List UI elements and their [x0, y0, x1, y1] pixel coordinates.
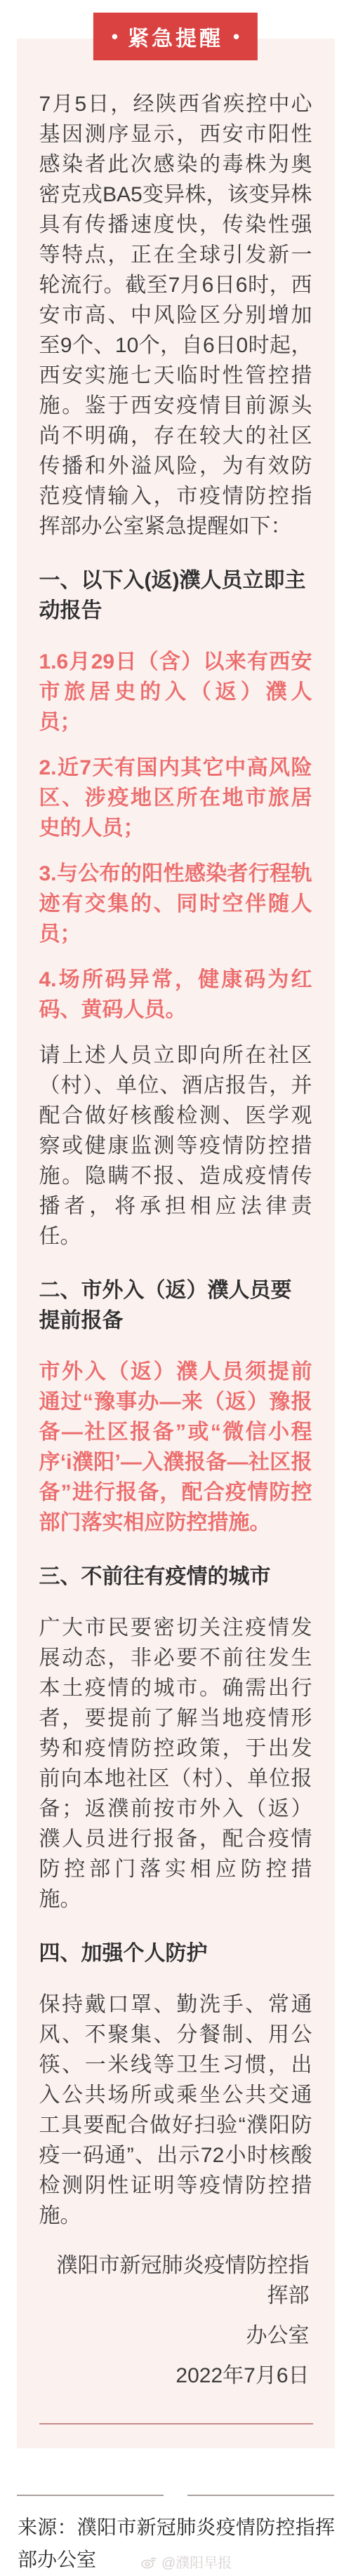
section-4-heading: 四、加强个人防护	[39, 1938, 312, 1968]
section-1-paragraph: 请上述人员立即向所在社区（村）、单位、酒店报告，并配合做好核酸检测、医学观察或健…	[39, 1040, 312, 1252]
weibo-icon	[140, 2555, 157, 2569]
report-item-4: 4.场所码异常，健康码为红码、黄码人员。	[39, 965, 312, 1025]
section-1-heading: 一、以下入(返)濮人员立即主动报告	[39, 565, 312, 626]
section-3-heading: 三、不前往有疫情的城市	[39, 1562, 312, 1592]
signature-office-line: 办公室	[39, 2321, 310, 2351]
section-2-heading: 二、市外入（返）濮人员要提前报备	[39, 1275, 312, 1336]
section-2-paragraph: 市外入（返）濮人员须提前通过“豫事办—来（返）豫报备—社区报备”或“微信小程序‘…	[39, 1357, 312, 1538]
badge-dot-left-icon: •	[112, 26, 118, 48]
urgent-badge: • 紧急提醒 •	[93, 13, 258, 60]
section-3-paragraph: 广大市民要密切关注疫情发展动态，非必要不前往发生本土疫情的城市。确需出行者，要提…	[39, 1613, 312, 1914]
notice-page: • 紧急提醒 • 7月5日，经陕西省疾控中心基因测序显示，西安市阳性感染者此次感…	[0, 0, 351, 2576]
section-4-paragraph: 保持戴口罩、勤洗手、常通风、不聚集、分餐制、用公筷、一米线等卫生习惯，出入公共场…	[39, 1990, 312, 2231]
footer-divider-left	[17, 2495, 164, 2496]
signature-date-line: 2022年7月6日	[39, 2361, 310, 2391]
notice-card: 7月5日，经陕西省疾控中心基因测序显示，西安市阳性感染者此次感染的毒株为奥密克戎…	[17, 39, 335, 2448]
badge-dot-right-icon: •	[233, 26, 239, 48]
card-bottom-divider	[39, 2423, 313, 2424]
weibo-watermark: @濮阳早报	[140, 2551, 232, 2572]
report-item-3: 3.与公布的阳性感染者行程轨迹有交集的、同时空伴随人员；	[39, 859, 312, 949]
intro-paragraph: 7月5日，经陕西省疾控中心基因测序显示，西安市阳性感染者此次感染的毒株为奥密克戎…	[39, 89, 312, 542]
footer-divider	[17, 2495, 334, 2496]
report-item-2: 2.近7天有国内其它中高风险区、涉疫地区所在地市旅居史的人员；	[39, 753, 312, 843]
signature-org-line: 濮阳市新冠肺炎疫情防控指挥部	[39, 2250, 310, 2311]
report-item-1: 1.6月29日（含）以来有西安市旅居史的入（返）濮人员；	[39, 647, 312, 737]
watermark-text: @濮阳早报	[161, 2551, 232, 2572]
footer-divider-right	[187, 2495, 334, 2496]
badge-label: 紧急提醒	[128, 21, 223, 52]
